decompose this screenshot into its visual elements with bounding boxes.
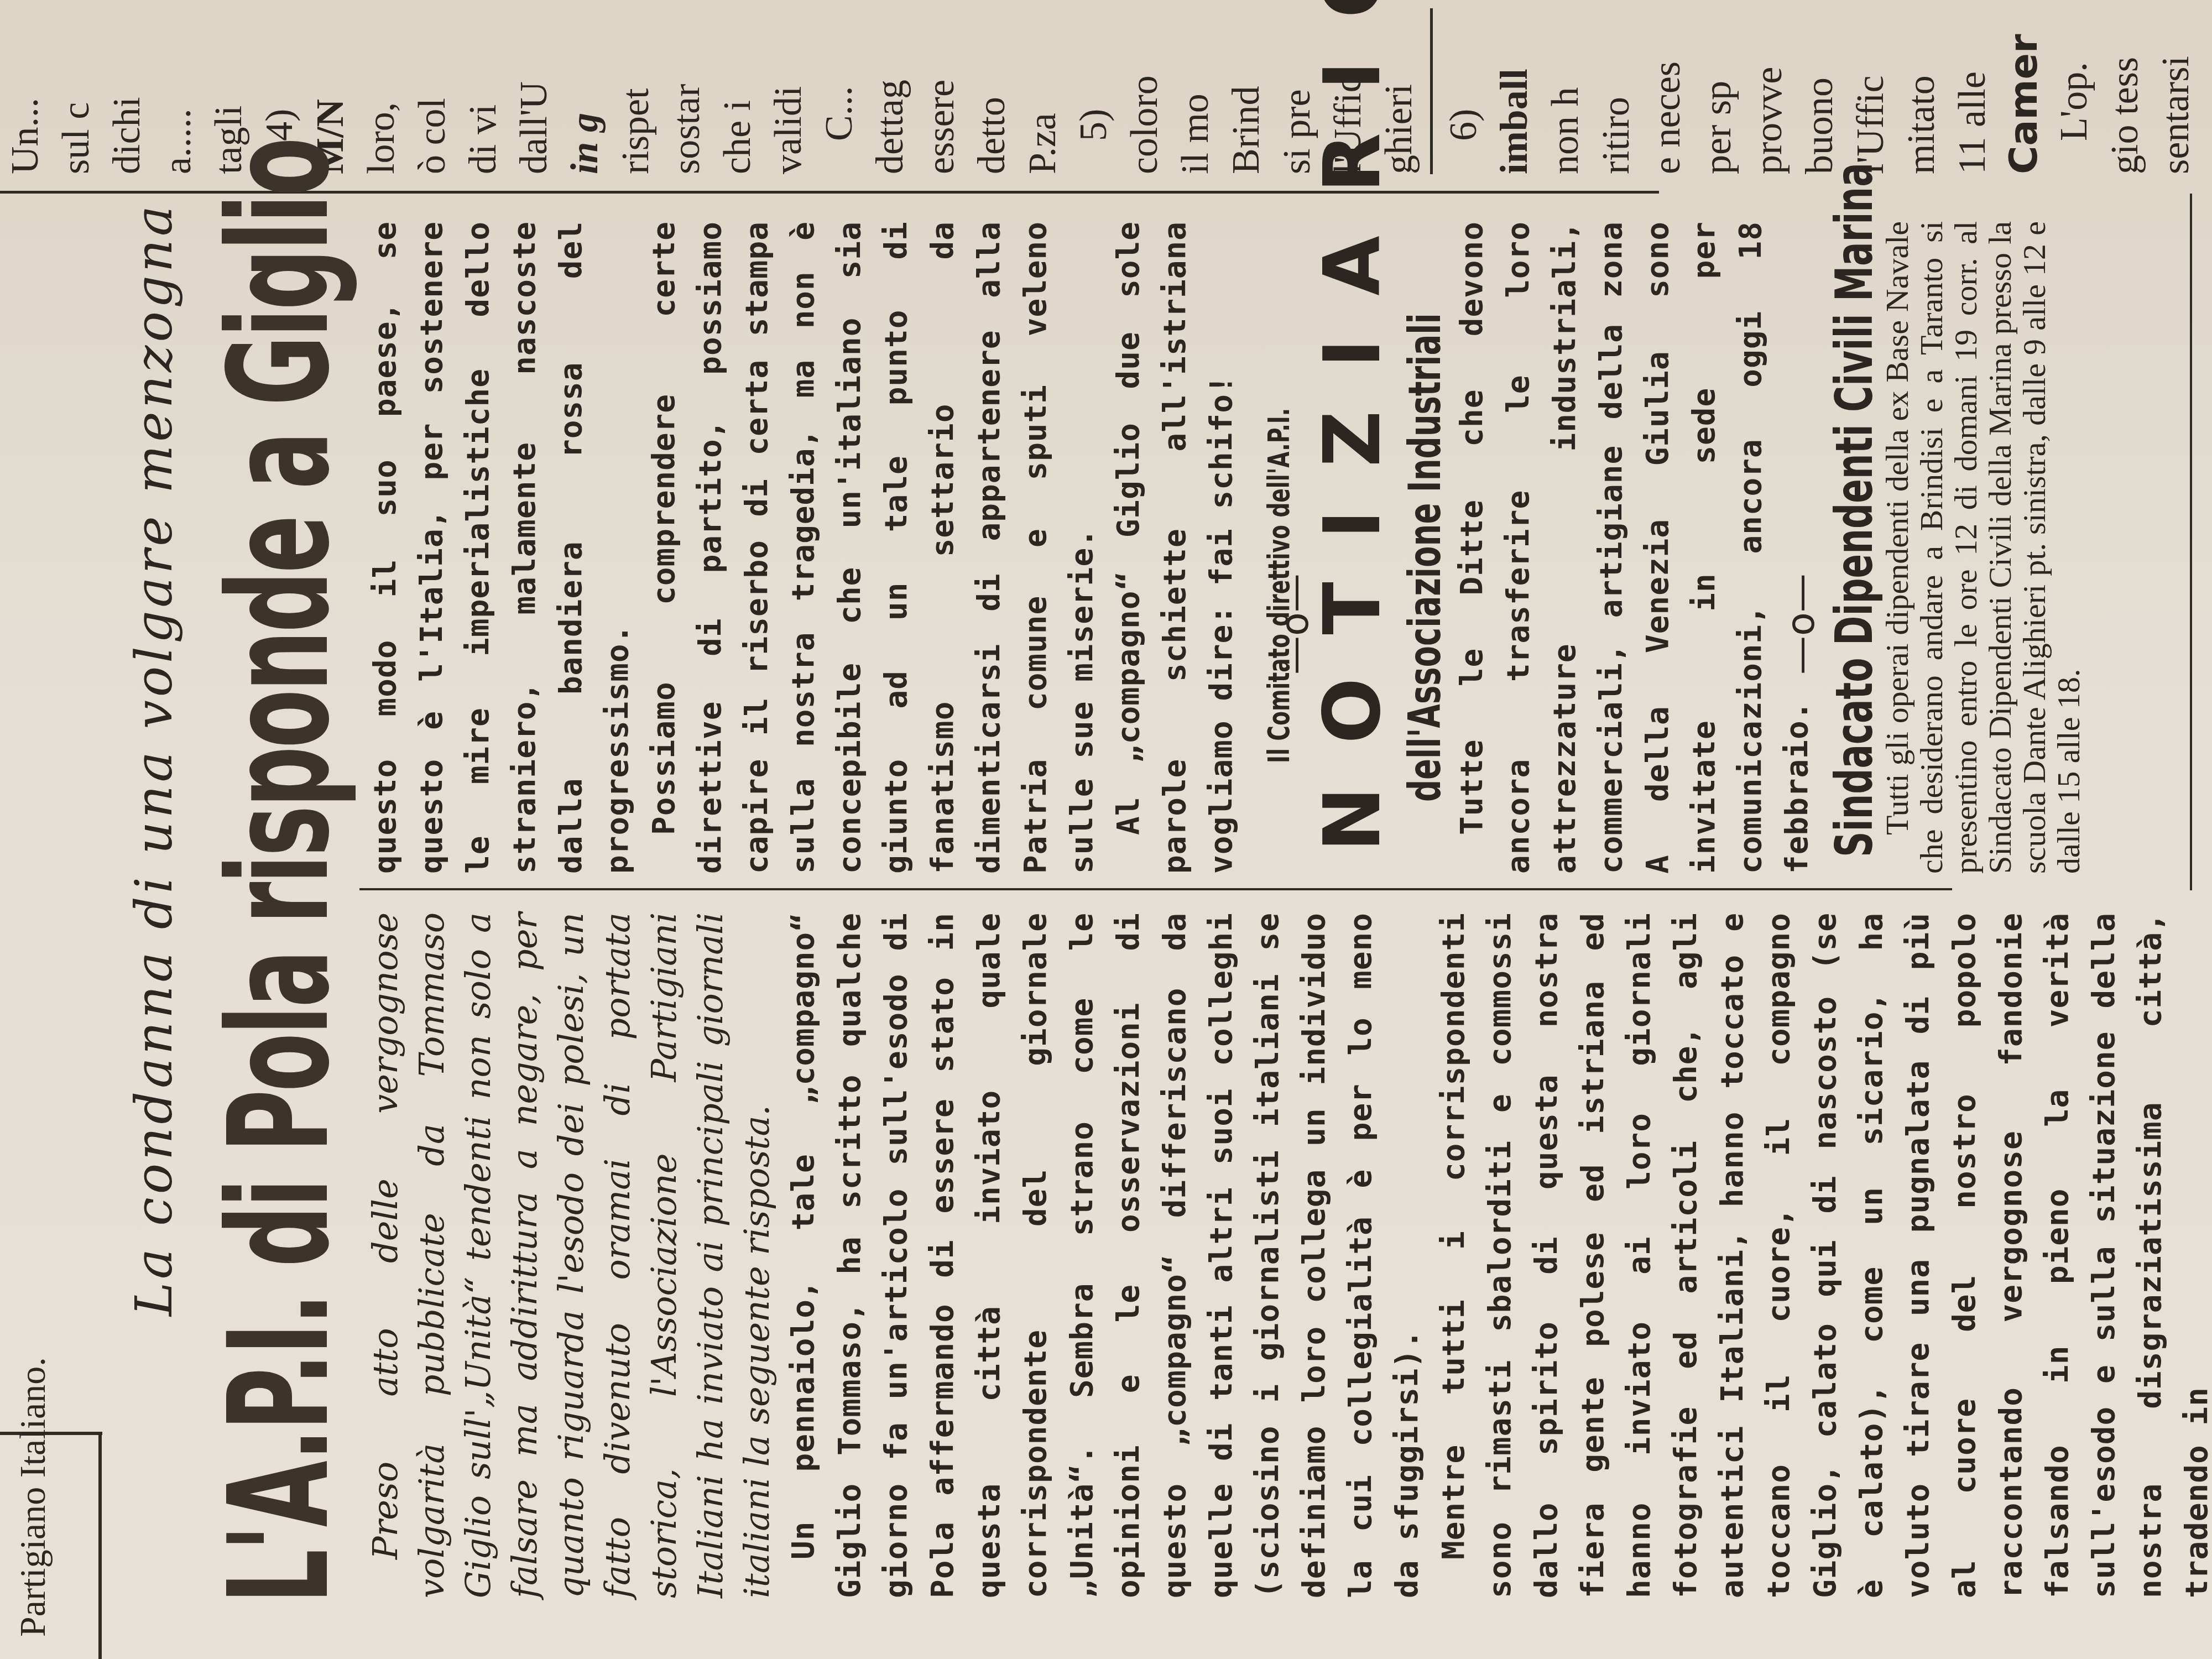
sindacato-text: Tutti gli operai dipendenti della ex Bas… [1880, 221, 2086, 874]
separator-ornament-2: —o— [1778, 573, 1823, 675]
article-col2-para3: Al „compagno“ Giglio due sole parole sch… [1105, 221, 1245, 874]
fragment: ritiro [1591, 0, 1642, 174]
sindacato-title: Sindacato Dipendenti Civili Marina [1825, 163, 1884, 857]
fragment: sul c [51, 0, 102, 174]
fragment: dichi [102, 0, 153, 174]
article-column-1: Preso atto delle vergognose volgarità pu… [362, 912, 2212, 1598]
article-col2-para2: Possiamo comprendere certe direttive di … [641, 221, 1105, 874]
sindacato-body: Tutti gli operai dipendenti della ex Bas… [1880, 221, 2086, 874]
fragment-rule [1430, 8, 1433, 174]
fragment: Un... [0, 0, 51, 174]
fragment: buono [1794, 0, 1845, 174]
article-headline: L'A.P.I. di Pola risponde a Giglio [210, 139, 348, 1604]
fragment: loro, [356, 0, 407, 174]
fragment: Camer [1998, 0, 2049, 174]
fragment: che i [712, 0, 763, 174]
fragment: e neces [1642, 0, 1693, 174]
notiziario-text: Tutte le Ditte che devono ancora trasfer… [1449, 221, 1820, 874]
fragment: 6) [1438, 0, 1489, 174]
fragment: per sp [1693, 0, 1744, 174]
fragment: validi [763, 0, 814, 174]
fragment: non h [1540, 0, 1591, 174]
fragment: essere [916, 0, 967, 174]
fragment: Brind [1221, 0, 1272, 174]
fragment: di vi [458, 0, 509, 174]
box-border-bottom [98, 1432, 102, 1659]
fragment: dall'U [509, 0, 560, 174]
fragment: rispet [611, 0, 661, 174]
fragment: provve [1744, 0, 1794, 174]
article-subhead: La condanna di una volgare menzogna [124, 202, 184, 1316]
article-intro: Preso atto delle vergognose volgarità pu… [362, 912, 780, 1598]
column-divider-1 [359, 888, 1952, 890]
notiziario-title: NOTIZIARIO [1308, 0, 1398, 852]
fragment: gio tess [2100, 0, 2151, 174]
article-col2-para1: questo modo il suo paese, se questo è l'… [362, 221, 641, 874]
notiziario-subtitle: dell'Associazione Industriali [1399, 313, 1451, 802]
section-rule-bottom [2190, 194, 2192, 890]
fragment: ò col [407, 0, 458, 174]
article-col1-para1: Un pennaiolo, tale „compagno“ Giglio Tom… [780, 912, 1431, 1598]
fragment: mitato [1896, 0, 1947, 174]
fragment: coloro [1119, 0, 1170, 174]
newspaper-page: Partigiano Italiano. Un... sul c dichi a… [0, 0, 2212, 1659]
fragment: detto [967, 0, 1018, 174]
fragment: Confeder [2201, 0, 2206, 174]
fragment: il mo [1170, 0, 1221, 174]
article-column-2: questo modo il suo paese, se questo è l'… [362, 221, 1302, 874]
fragment: C... [814, 0, 865, 174]
fragment: L'op. [2049, 0, 2100, 174]
article-col1-para2: Mentre tutti i corrispondenti sono rimas… [1431, 912, 2212, 1598]
fragment: 5) [1068, 0, 1119, 174]
fragment: l'Uffic [1845, 0, 1896, 174]
fragment: P.za [1018, 0, 1068, 174]
fragment: a..... [153, 0, 204, 174]
fragment: sostar [661, 0, 712, 174]
fragment: dettag [865, 0, 916, 174]
previous-article-fragment: Partigiano Italiano. [12, 1357, 54, 1637]
previous-article-box: Partigiano Italiano. [0, 1432, 100, 1659]
fragment: in g [560, 0, 611, 174]
fragment: 11 alle [1947, 0, 1998, 174]
notiziario-body: Tutte le Ditte che devono ancora trasfer… [1449, 221, 1820, 874]
fragment: imball [1489, 0, 1540, 174]
fragment: sentarsi [2151, 0, 2201, 174]
